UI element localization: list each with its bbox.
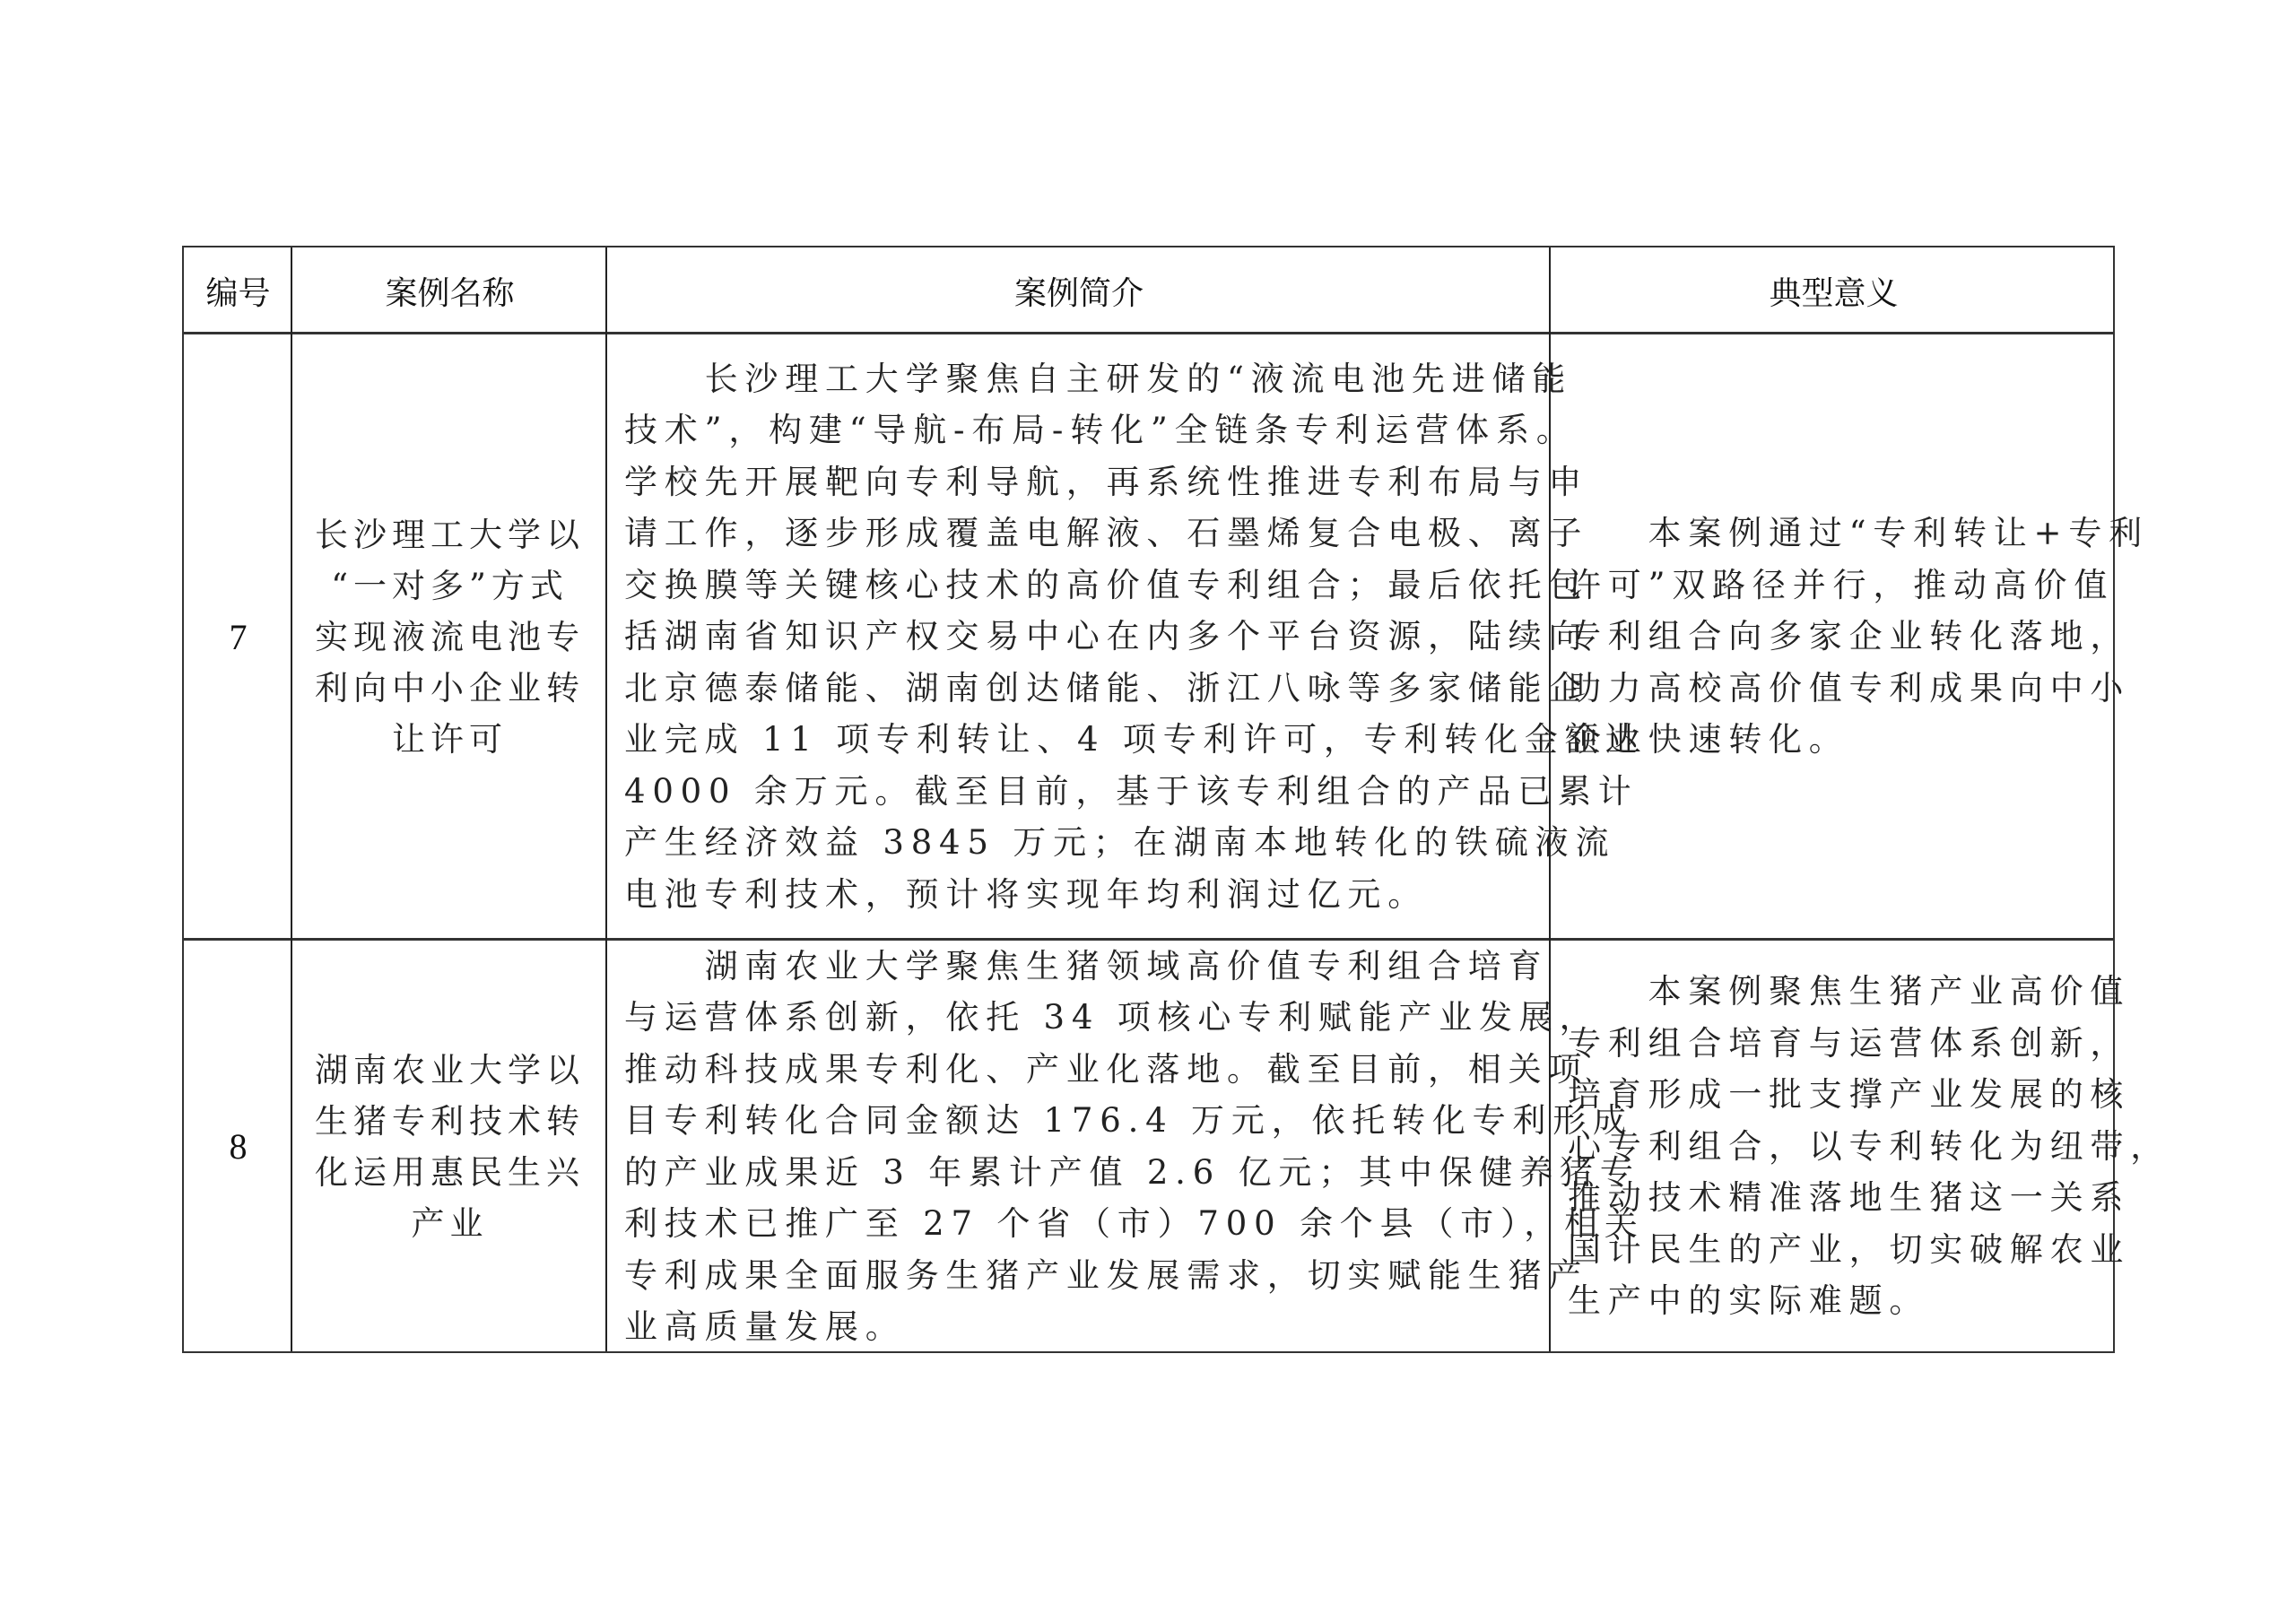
significance-line: 助力高校高价值专利成果向中小	[1568, 663, 2115, 715]
significance-line: 专利组合向多家企业转化落地，	[1568, 611, 2115, 663]
summary-line: 北京德泰储能、湖南创达储能、浙江八咏等多家储能企	[624, 663, 1548, 715]
row-number: 7	[184, 334, 292, 940]
case-name-line: 长沙理工大学以	[315, 509, 585, 560]
summary-line: 与运营体系创新，依托 34 项核心专利赋能产业发展，	[624, 992, 1548, 1044]
case-table: 编号 案例名称 案例简介 典型意义 7 长沙理工大学以 “一对多”方式 实现液流…	[182, 246, 2115, 1353]
significance-line: 专利组合培育与运营体系创新，	[1568, 1018, 2115, 1070]
row-number: 8	[184, 940, 292, 1353]
significance-line: 本案例通过“专利转让+专利	[1568, 508, 2115, 560]
summary-line: 的产业成果近 3 年累计产值 2.6 亿元；其中保健养猪专	[624, 1147, 1548, 1199]
header-name: 案例名称	[292, 247, 607, 334]
case-name: 湖南农业大学以 生猪专利技术转 化运用惠民生兴 产业	[292, 940, 607, 1353]
significance-line: 生产中的实际难题。	[1568, 1275, 2115, 1327]
case-name-line: 利向中小企业转	[315, 663, 585, 714]
case-significance: 本案例通过“专利转让+专利 许可”双路径并行，推动高价值 专利组合向多家企业转化…	[1568, 334, 2115, 940]
summary-line: 学校先开展靶向专利导航，再系统性推进专利布局与申	[624, 456, 1548, 508]
document-page: 编号 案例名称 案例简介 典型意义 7 长沙理工大学以 “一对多”方式 实现液流…	[0, 0, 2296, 1623]
summary-line: 请工作，逐步形成覆盖电解液、石墨烯复合电极、离子	[624, 508, 1548, 560]
case-name-line: 让许可	[392, 714, 508, 765]
significance-line: 推动技术精准落地生猪这一关系	[1568, 1172, 2115, 1224]
summary-line: 括湖南省知识产权交易中心在内多个平台资源，陆续向	[624, 611, 1548, 663]
summary-line: 业高质量发展。	[624, 1301, 1548, 1353]
case-name-line: 湖南农业大学以	[315, 1045, 585, 1096]
case-name-line: 产业	[412, 1198, 489, 1249]
significance-line: 许可”双路径并行，推动高价值	[1568, 560, 2115, 612]
summary-line: 电池专利技术，预计将实现年均利润过亿元。	[624, 869, 1548, 921]
summary-line: 长沙理工大学聚焦自主研发的“液流电池先进储能	[624, 353, 1548, 405]
case-name-line: 生猪专利技术转	[315, 1096, 585, 1147]
significance-line: 心专利组合，以专利转化为纽带，	[1568, 1121, 2115, 1173]
summary-line: 目专利转化合同金额达 176.4 万元，依托转化专利形成	[624, 1095, 1548, 1147]
summary-line: 湖南农业大学聚焦生猪领域高价值专利组合培育	[624, 941, 1548, 993]
significance-line: 国计民生的产业，切实破解农业	[1568, 1224, 2115, 1276]
case-significance: 本案例聚焦生猪产业高价值 专利组合培育与运营体系创新， 培育形成一批支撑产业发展…	[1568, 940, 2115, 1353]
case-summary: 长沙理工大学聚焦自主研发的“液流电池先进储能 技术”，构建“导航-布局-转化”全…	[624, 334, 1548, 940]
summary-line: 专利成果全面服务生猪产业发展需求，切实赋能生猪产	[624, 1250, 1548, 1302]
header-significance: 典型意义	[1551, 247, 2117, 334]
summary-line: 交换膜等关键核心技术的高价值专利组合；最后依托包	[624, 560, 1548, 612]
summary-line: 4000 余万元。截至目前，基于该专利组合的产品已累计	[624, 766, 1548, 818]
summary-line: 推动科技成果专利化、产业化落地。截至目前，相关项	[624, 1044, 1548, 1096]
summary-line: 技术”，构建“导航-布局-转化”全链条专利运营体系。	[624, 404, 1548, 456]
significance-line: 企业快速转化。	[1568, 714, 2115, 766]
header-summary: 案例简介	[607, 247, 1551, 334]
case-name-line: 化运用惠民生兴	[315, 1147, 585, 1198]
summary-line: 业完成 11 项专利转让、4 项专利许可，专利转化金额达	[624, 714, 1548, 766]
significance-line: 本案例聚焦生猪产业高价值	[1568, 966, 2115, 1018]
case-name-line: “一对多”方式	[331, 560, 569, 612]
case-name: 长沙理工大学以 “一对多”方式 实现液流电池专 利向中小企业转 让许可	[292, 334, 607, 940]
case-summary: 湖南农业大学聚焦生猪领域高价值专利组合培育 与运营体系创新，依托 34 项核心专…	[624, 940, 1548, 1353]
significance-line: 培育形成一批支撑产业发展的核	[1568, 1069, 2115, 1121]
summary-line: 利技术已推广至 27 个省（市）700 余个县（市），相关	[624, 1198, 1548, 1250]
case-name-line: 实现液流电池专	[315, 612, 585, 663]
header-number: 编号	[184, 247, 292, 334]
summary-line: 产生经济效益 3845 万元；在湖南本地转化的铁硫液流	[624, 817, 1548, 869]
